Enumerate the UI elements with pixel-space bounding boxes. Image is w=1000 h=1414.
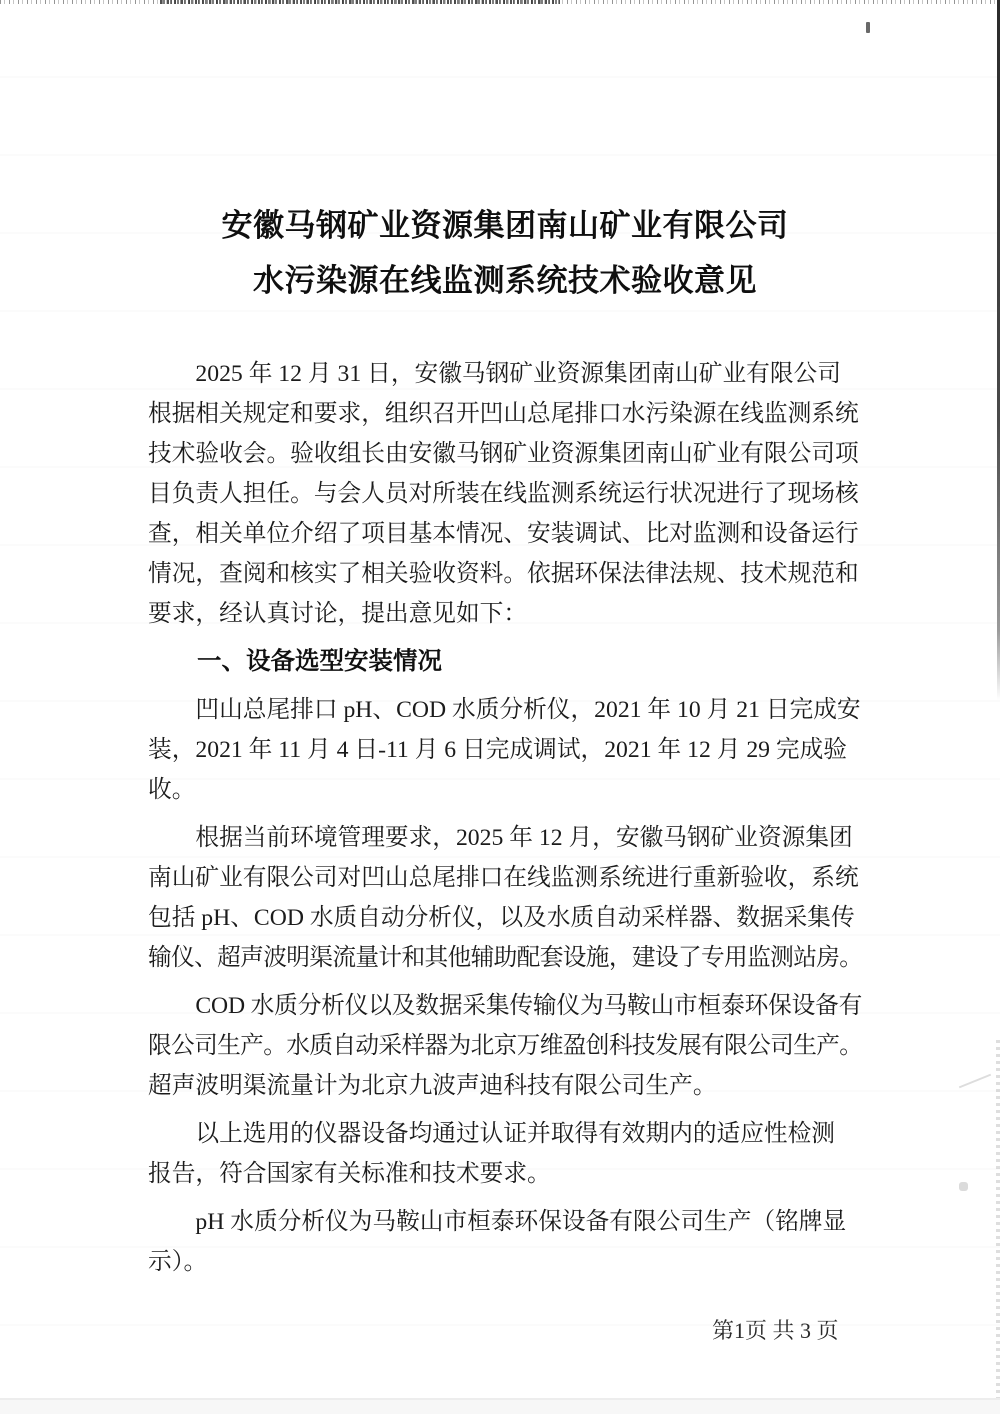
page-number: 第1页 共 3 页	[712, 1316, 839, 1346]
text-line: 南山矿业有限公司对凹山总尾排口在线监测系统进行重新验收，系统	[148, 858, 862, 898]
scanned-document-page: 安徽马钢矿业资源集团南山矿业有限公司 水污染源在线监测系统技术验收意见 2025…	[0, 0, 1000, 1414]
text-line: 查，相关单位介绍了项目基本情况、安装调试、比对监测和设备运行	[148, 514, 862, 554]
text-line: 情况，查阅和核实了相关验收资料。依据环保法律法规、技术规范和	[148, 554, 862, 594]
paragraph: COD 水质分析仪以及数据采集传输仪为马鞍山市桓泰环保设备有限公司生产。水质自动…	[148, 986, 862, 1106]
document-body: 2025 年 12 月 31 日，安徽马钢矿业资源集团南山矿业有限公司根据相关规…	[148, 354, 862, 1282]
text-line: 装，2021 年 11 月 4 日-11 月 6 日完成调试，2021 年 12…	[148, 730, 862, 770]
text-line: 技术验收会。验收组长由安徽马钢矿业资源集团南山矿业有限公司项	[148, 434, 862, 474]
text-line: 限公司生产。水质自动采样器为北京万维盈创科技发展有限公司生产。	[148, 1026, 862, 1066]
text-line: 示）。	[148, 1242, 862, 1282]
scan-speck	[959, 1182, 968, 1191]
section-heading: 一、设备选型安装情况	[148, 642, 862, 682]
text-line: 凹山总尾排口 pH、COD 水质分析仪，2021 年 10 月 21 日完成安	[148, 690, 862, 730]
text-line: 目负责人担任。与会人员对所装在线监测系统运行状况进行了现场核	[148, 474, 862, 514]
scan-noise-right-lower	[996, 1040, 1000, 1414]
scan-strip-bottom-edge	[0, 1400, 1000, 1414]
paragraph: pH 水质分析仪为马鞍山市桓泰环保设备有限公司生产（铭牌显示）。	[148, 1202, 862, 1282]
document-title-line-2: 水污染源在线监测系统技术验收意见	[148, 253, 862, 308]
document-content: 安徽马钢矿业资源集团南山矿业有限公司 水污染源在线监测系统技术验收意见 2025…	[148, 198, 862, 1290]
text-line: 包括 pH、COD 水质自动分析仪，以及水质自动采样器、数据采集传	[148, 898, 862, 938]
text-line: 根据当前环境管理要求，2025 年 12 月，安徽马钢矿业资源集团	[148, 818, 862, 858]
scan-scratch	[959, 1074, 991, 1089]
text-line: 一、设备选型安装情况	[148, 642, 862, 682]
scan-noise-top-edge-dark	[160, 0, 560, 4]
text-line: 输仪、超声波明渠流量计和其他辅助配套设施，建设了专用监测站房。	[148, 938, 862, 978]
text-line: 2025 年 12 月 31 日，安徽马钢矿业资源集团南山矿业有限公司	[148, 354, 862, 394]
paragraph: 根据当前环境管理要求，2025 年 12 月，安徽马钢矿业资源集团南山矿业有限公…	[148, 818, 862, 978]
paragraph: 以上选用的仪器设备均通过认证并取得有效期内的适应性检测报告，符合国家有关标准和技…	[148, 1114, 862, 1194]
text-line: 以上选用的仪器设备均通过认证并取得有效期内的适应性检测	[148, 1114, 862, 1154]
text-line: 收。	[148, 770, 862, 810]
text-line: 报告，符合国家有关标准和技术要求。	[148, 1154, 862, 1194]
scan-speck	[866, 22, 870, 33]
paragraph: 2025 年 12 月 31 日，安徽马钢矿业资源集团南山矿业有限公司根据相关规…	[148, 354, 862, 634]
text-line: 根据相关规定和要求，组织召开凹山总尾排口水污染源在线监测系统	[148, 394, 862, 434]
text-line: 超声波明渠流量计为北京九波声迪科技有限公司生产。	[148, 1066, 862, 1106]
text-line: pH 水质分析仪为马鞍山市桓泰环保设备有限公司生产（铭牌显	[148, 1202, 862, 1242]
text-line: COD 水质分析仪以及数据采集传输仪为马鞍山市桓泰环保设备有	[148, 986, 862, 1026]
text-line: 要求，经认真讨论，提出意见如下：	[148, 594, 862, 634]
document-title-line-1: 安徽马钢矿业资源集团南山矿业有限公司	[148, 198, 862, 253]
paragraph: 凹山总尾排口 pH、COD 水质分析仪，2021 年 10 月 21 日完成安装…	[148, 690, 862, 810]
